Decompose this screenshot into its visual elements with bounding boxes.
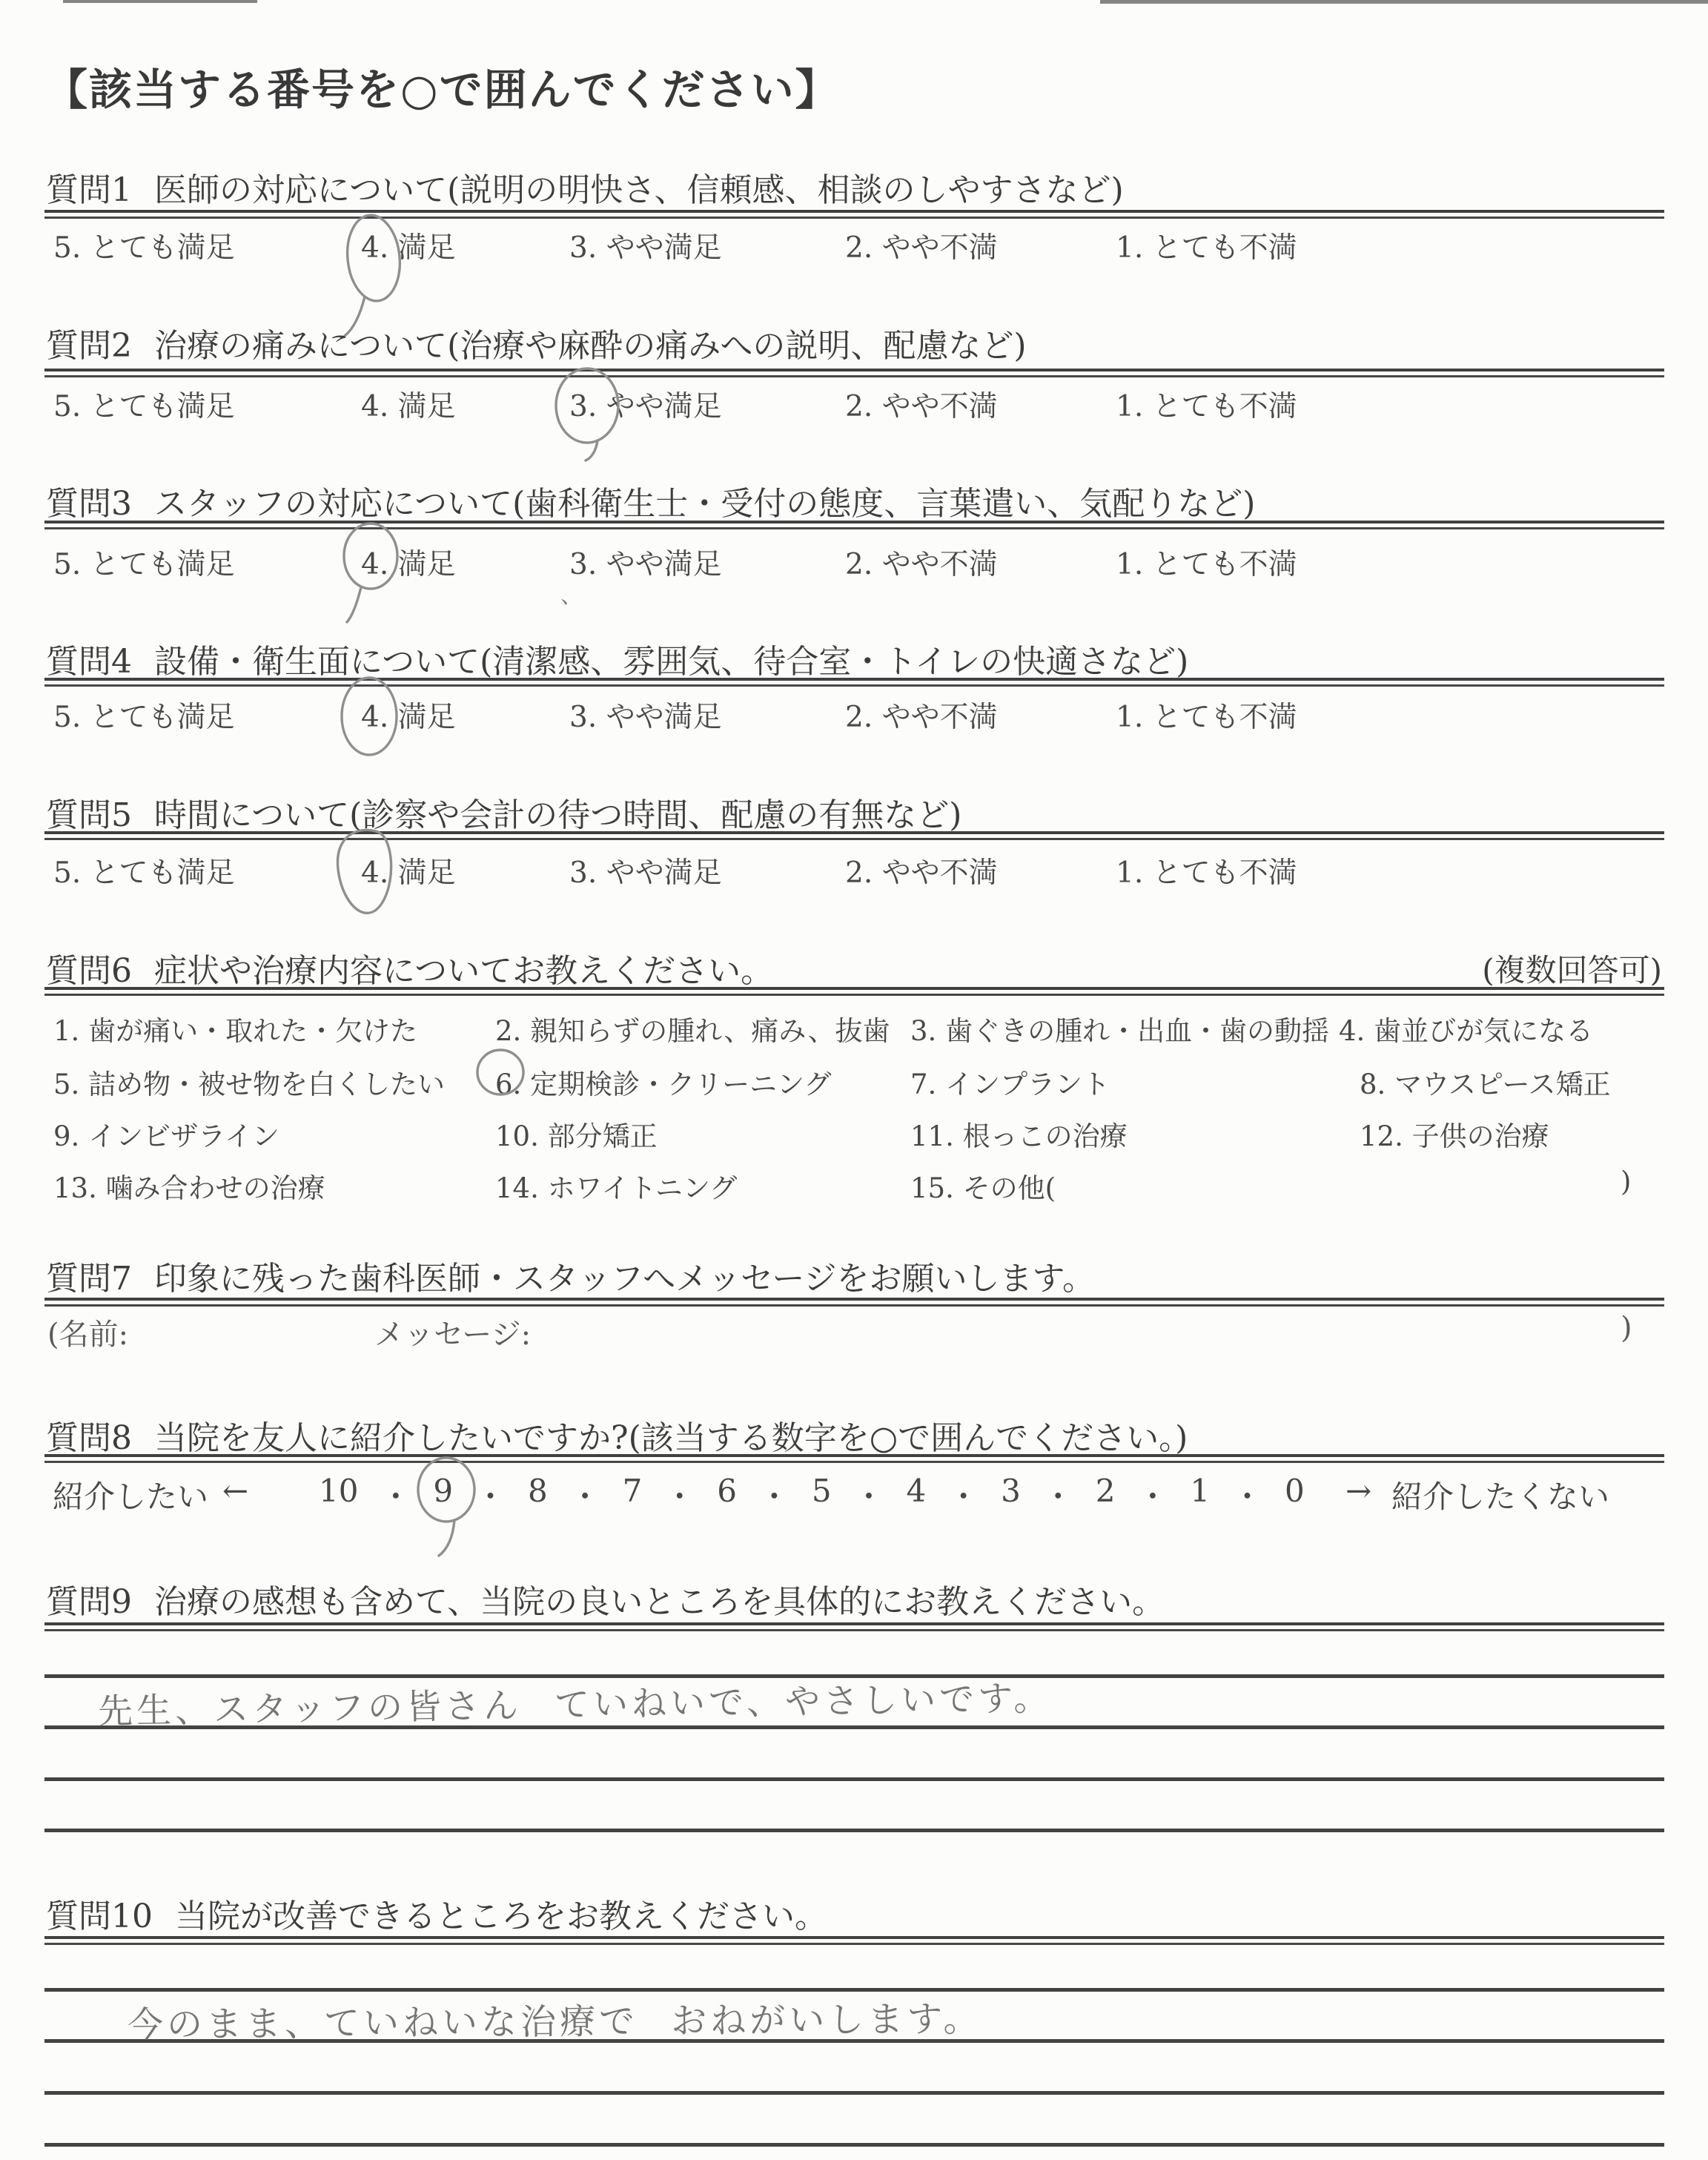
divider-rule xyxy=(44,678,1664,687)
question-label: 質問7 xyxy=(46,1252,132,1299)
question-label: 質問2 xyxy=(46,319,132,366)
symptom-item-2[interactable]: 2. 親知らずの腫れ、痛み、抜歯 xyxy=(495,1008,890,1048)
dot-separator: ・ xyxy=(664,1473,695,1517)
option-2[interactable]: 2. やや不満 xyxy=(845,225,998,266)
question-title: 症状や治療内容についてお教えください。 xyxy=(154,952,773,990)
option-4[interactable]: 4. 満足 xyxy=(361,541,456,583)
option-5[interactable]: 5. とても満足 xyxy=(53,225,235,266)
symptom-item-10[interactable]: 10. 部分矯正 xyxy=(495,1114,658,1154)
scale-number-7[interactable]: 7 xyxy=(623,1473,643,1509)
question-label: 質問5 xyxy=(46,788,132,836)
option-2[interactable]: 2. やや不満 xyxy=(845,383,998,425)
question-label: 質問1 xyxy=(46,163,132,211)
option-2[interactable]: 2. やや不満 xyxy=(845,694,998,736)
symptom-item-6[interactable]: 6. 定期検診・クリーニング xyxy=(495,1062,831,1102)
symptom-item-9[interactable]: 9. インビザライン xyxy=(53,1114,279,1154)
question-title: 治療の痛みについて(治療や麻酔の痛みへの説明、配慮など) xyxy=(154,327,1027,365)
divider-rule xyxy=(44,1454,1664,1463)
dot-separator: ・ xyxy=(380,1473,411,1517)
left-arrow-icon: ← xyxy=(222,1473,248,1509)
question-heading: 質問6症状や治療内容についてお教えください。 xyxy=(46,944,773,991)
option-1[interactable]: 1. とても不満 xyxy=(1116,383,1297,425)
option-4[interactable]: 4. 満足 xyxy=(361,694,456,736)
survey-sheet: 【該当する番号を○で囲んでください】 質問1医師の対応について(説明の明快さ、信… xyxy=(0,0,1708,2160)
option-1[interactable]: 1. とても不満 xyxy=(1116,225,1297,266)
scale-number-8[interactable]: 8 xyxy=(528,1473,548,1509)
symptom-item-5[interactable]: 5. 詰め物・被せ物を白くしたい xyxy=(53,1062,445,1102)
option-4[interactable]: 4. 満足 xyxy=(361,225,456,266)
dot-separator: ・ xyxy=(1137,1473,1168,1517)
symptom-item-14[interactable]: 14. ホワイトニング xyxy=(495,1166,737,1206)
question-label: 質問8 xyxy=(46,1411,132,1459)
option-2[interactable]: 2. やや不満 xyxy=(845,541,998,583)
symptom-item-13[interactable]: 13. 噛み合わせの治療 xyxy=(53,1166,325,1206)
dot-separator: ・ xyxy=(1232,1473,1263,1517)
dot-separator: ・ xyxy=(948,1473,979,1517)
option-4[interactable]: 4. 満足 xyxy=(361,383,456,425)
divider-rule xyxy=(44,987,1664,996)
stray-pencil-mark: 、 xyxy=(560,577,583,610)
answer-line[interactable] xyxy=(44,1777,1664,1781)
handwritten-answer-q9: 先生、スタッフの皆さん ていねいで、やさしいです。 xyxy=(98,1671,1053,1734)
scale-right-label: 紹介したくない xyxy=(1391,1473,1609,1517)
page-title: 【該当する番号を○で囲んでください】 xyxy=(44,55,840,117)
question-label: 質問10 xyxy=(46,1889,153,1937)
question-heading: 質問8当院を友人に紹介したいですか?(該当する数字を○で囲んでください。) xyxy=(46,1411,1188,1459)
nps-scale: 10 ・ 9 ・ 8 ・ 7 ・ 6 ・ 5 ・ 4 ・ 3 ・ 2 ・ 1 ・… xyxy=(319,1473,1305,1517)
divider-rule xyxy=(44,369,1664,377)
question-heading: 質問10当院が改善できるところをお教えください。 xyxy=(46,1889,827,1937)
divider-rule xyxy=(44,831,1664,840)
symptom-item-3[interactable]: 3. 歯ぐきの腫れ・出血・歯の動揺 xyxy=(910,1008,1329,1048)
other-closing-paren: ) xyxy=(1621,1166,1631,1198)
symptom-item-4[interactable]: 4. 歯並びが気になる xyxy=(1339,1008,1593,1048)
symptom-item-15[interactable]: 15. その他( xyxy=(910,1166,1056,1206)
question-label: 質問9 xyxy=(46,1575,132,1622)
question-title: 時間について(診察や会計の待つ時間、配慮の有無など) xyxy=(154,796,961,834)
question-label: 質問4 xyxy=(46,635,132,682)
handwritten-answer-q10: 今のまま、ていねいな治療で おねがいします。 xyxy=(128,1990,983,2047)
symptom-item-1[interactable]: 1. 歯が痛い・取れた・欠けた xyxy=(53,1008,417,1048)
divider-rule xyxy=(44,210,1664,219)
scale-number-6[interactable]: 6 xyxy=(717,1473,737,1509)
scan-artifact xyxy=(63,0,257,3)
question-title: 当院が改善できるところをお教えください。 xyxy=(175,1898,827,1935)
divider-rule xyxy=(44,1298,1664,1307)
name-field-label: (名前: xyxy=(47,1311,128,1353)
question-heading: 質問7印象に残った歯科医師・スタッフへメッセージをお願いします。 xyxy=(46,1252,1095,1299)
question-heading: 質問4設備・衛生面について(清潔感、雰囲気、待合室・トイレの快適さなど) xyxy=(46,635,1188,682)
answer-line[interactable] xyxy=(44,1829,1664,1832)
option-5[interactable]: 5. とても満足 xyxy=(53,694,235,736)
option-3[interactable]: 3. やや満足 xyxy=(569,541,722,583)
question-title: 設備・衛生面について(清潔感、雰囲気、待合室・トイレの快適さなど) xyxy=(154,643,1188,681)
dot-separator: ・ xyxy=(1042,1473,1073,1517)
divider-rule xyxy=(44,1936,1664,1945)
option-2[interactable]: 2. やや不満 xyxy=(845,850,998,891)
option-1[interactable]: 1. とても不満 xyxy=(1116,694,1297,736)
symptom-item-12[interactable]: 12. 子供の治療 xyxy=(1360,1114,1549,1154)
scale-number-10[interactable]: 10 xyxy=(319,1473,358,1509)
message-field-label: メッセージ: xyxy=(374,1311,531,1353)
scale-number-2[interactable]: 2 xyxy=(1096,1473,1116,1509)
option-1[interactable]: 1. とても不満 xyxy=(1116,541,1297,583)
question-title: 治療の感想も含めて、当院の良いところを具体的にお教えください。 xyxy=(154,1583,1165,1621)
option-3[interactable]: 3. やや満足 xyxy=(569,225,722,266)
option-5[interactable]: 5. とても満足 xyxy=(53,850,235,891)
symptom-item-11[interactable]: 11. 根っこの治療 xyxy=(910,1114,1128,1154)
multi-answer-note: (複数回答可) xyxy=(1482,946,1662,991)
question-heading: 質問1医師の対応について(説明の明快さ、信頼感、相談のしやすさなど) xyxy=(46,163,1124,211)
scale-number-3[interactable]: 3 xyxy=(1001,1473,1021,1509)
dot-separator: ・ xyxy=(853,1473,884,1517)
symptom-item-8[interactable]: 8. マウスピース矯正 xyxy=(1360,1062,1611,1102)
question-label: 質問6 xyxy=(46,944,132,991)
dot-separator: ・ xyxy=(758,1473,790,1517)
question-heading: 質問9治療の感想も含めて、当院の良いところを具体的にお教えください。 xyxy=(46,1575,1165,1622)
divider-rule xyxy=(44,521,1664,529)
dot-separator: ・ xyxy=(569,1473,600,1517)
option-3[interactable]: 3. やや満足 xyxy=(569,383,722,425)
question-heading: 質問3スタッフの対応について(歯科衛生士・受付の態度、言葉遣い、気配りなど) xyxy=(46,477,1255,524)
question-heading: 質問5時間について(診察や会計の待つ時間、配慮の有無など) xyxy=(46,788,961,836)
scale-number-4[interactable]: 4 xyxy=(906,1473,926,1509)
question-heading: 質問2治療の痛みについて(治療や麻酔の痛みへの説明、配慮など) xyxy=(46,319,1027,366)
option-3[interactable]: 3. やや満足 xyxy=(569,850,722,891)
option-4[interactable]: 4. 満足 xyxy=(361,850,456,891)
question-label: 質問3 xyxy=(46,477,132,524)
option-5[interactable]: 5. とても満足 xyxy=(53,541,235,583)
scale-number-9[interactable]: 9 xyxy=(433,1473,453,1509)
question-title: 当院を友人に紹介したいですか?(該当する数字を○で囲んでください。) xyxy=(154,1419,1188,1457)
question-title: 印象に残った歯科医師・スタッフへメッセージをお願いします。 xyxy=(154,1260,1095,1298)
option-1[interactable]: 1. とても不満 xyxy=(1116,850,1297,891)
scale-left-label: 紹介したい xyxy=(53,1473,208,1517)
right-arrow-icon: → xyxy=(1345,1473,1371,1509)
question-title: スタッフの対応について(歯科衛生士・受付の態度、言葉遣い、気配りなど) xyxy=(154,485,1255,523)
question-title: 医師の対応について(説明の明快さ、信頼感、相談のしやすさなど) xyxy=(154,171,1124,209)
scan-artifact xyxy=(1100,0,1708,4)
answer-line[interactable] xyxy=(44,2091,1664,2095)
scale-number-0[interactable]: 0 xyxy=(1285,1473,1305,1509)
dot-separator: ・ xyxy=(475,1473,506,1517)
divider-rule xyxy=(44,1622,1664,1631)
scale-number-5[interactable]: 5 xyxy=(812,1473,832,1509)
option-3[interactable]: 3. やや満足 xyxy=(569,694,722,736)
scale-number-1[interactable]: 1 xyxy=(1190,1473,1210,1509)
closing-paren: ) xyxy=(1621,1311,1632,1345)
symptom-item-7[interactable]: 7. インプラント xyxy=(910,1062,1110,1102)
option-5[interactable]: 5. とても満足 xyxy=(53,383,235,425)
answer-line[interactable] xyxy=(44,2143,1664,2147)
